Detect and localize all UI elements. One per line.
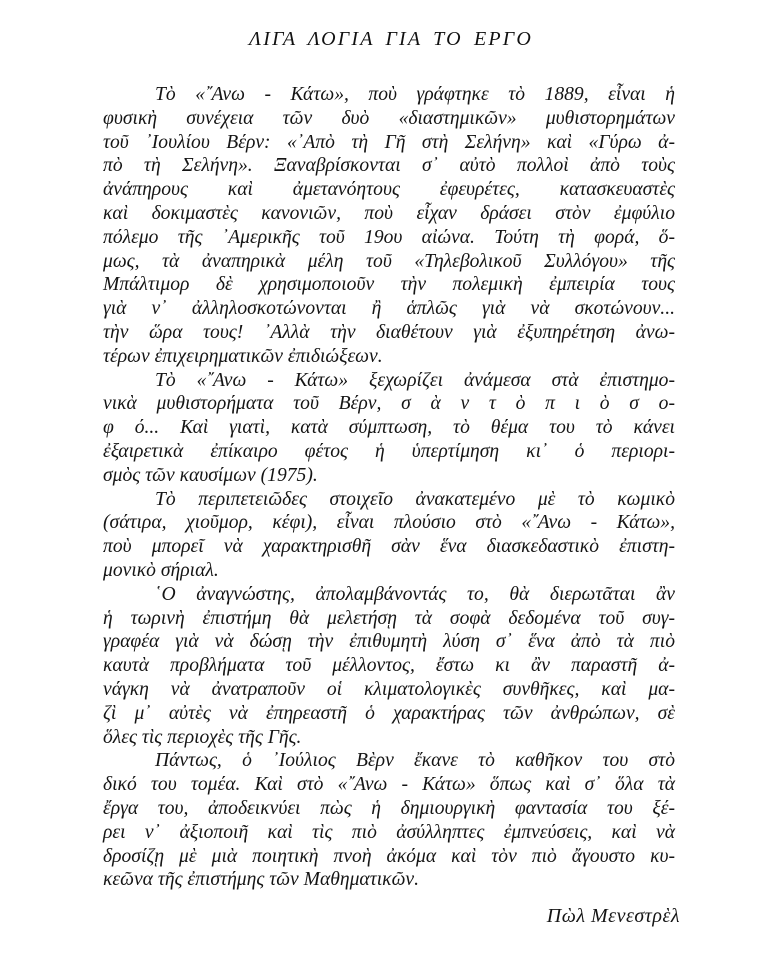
text-line: γιὰ ν᾿ ἀλληλοσκοτώνονται ἢ ἁπλῶς γιὰ νὰ … [103,297,675,321]
body-text: Τὸ «῎Ανω - Κάτω», ποὺ γράφτηκε τὸ 1889, … [103,83,675,892]
text-line: τοῦ ᾿Ιουλίου Βέρν: «᾿Απὸ τὴ Γῆ στὴ Σελήν… [103,131,675,155]
text-line: Τὸ «῎Ανω - Κάτω» ξεχωρίζει ἀνάμεσα στὰ ἐ… [103,369,675,393]
text-line: μονικὸ σήριαλ. [103,559,675,583]
text-line: πόλεμο τῆς ᾿Αμερικῆς τοῦ 19ου αἰώνα. Τού… [103,226,675,250]
text-line: ὅλες τὶς περιοχὲς τῆς Γῆς. [103,726,675,750]
text-line: καυτὰ προβλήματα τοῦ μέλλοντος, ἔστω κι … [103,654,675,678]
text-line: Πάντως, ὁ ᾿Ιούλιος Βὲρν ἔκανε τὸ καθῆκον… [103,749,675,773]
text-line: κεῶνα τῆς ἐπιστήμης τῶν Μαθηματικῶν. [103,868,675,892]
author-signature: Πὼλ Μενεστρὲλ [547,905,680,928]
text-line: μως, τὰ ἀναπηρικὰ μέλη τοῦ «Τηλεβολικοῦ … [103,250,675,274]
text-line: τὴν ὥρα τους! ᾿Αλλὰ τὴν διαθέτουν γιὰ ἐξ… [103,321,675,345]
text-line: τέρων ἐπιχειρηματικῶν ἐπιδιώξεων. [103,345,675,369]
text-line: Τὸ «῎Ανω - Κάτω», ποὺ γράφτηκε τὸ 1889, … [103,83,675,107]
text-line: καὶ δοκιμαστὲς κανονιῶν, ποὺ εἶχαν δράσε… [103,202,675,226]
text-line: δροσίζῃ μὲ μιὰ ποιητικὴ πνοὴ ἀκόμα καὶ τ… [103,845,675,869]
text-line: ἀνάπηρους καὶ ἀμετανόητους ἐφευρέτες, κα… [103,178,675,202]
text-line: δικό του τομέα. Καὶ στὸ «῎Ανω - Κάτω» ὅπ… [103,773,675,797]
text-line: ποὺ μπορεῖ νὰ χαρακτηρισθῆ σὰν ἕνα διασκ… [103,535,675,559]
text-line: Τὸ περιπετειῶδες στοιχεῖο ἀνακατεμένο μὲ… [103,488,675,512]
text-line: νάγκη νὰ ἀνατραποῦν οἱ κλιματολογικὲς συ… [103,678,675,702]
text-line: πὸ τὴ Σελήνη». Ξαναβρίσκονται σ᾿ αὐτὸ πο… [103,154,675,178]
text-line: ἐξαιρετικὰ ἐπίκαιρο φέτος ἡ ὑπερτίμηση κ… [103,440,675,464]
text-line: νικὰ μυθιστορήματα τοῦ Βέρν, σ ὰ ν τ ὸ π… [103,392,675,416]
document-page: ΛΙΓΑ ΛΟΓΙΑ ΓΙΑ ΤΟ ΕΡΓΟ Τὸ «῎Ανω - Κάτω»,… [0,0,782,953]
text-line: Μπάλτιμορ δὲ χρησιμοποιοῦν τὴν πολεμικὴ … [103,273,675,297]
text-line: ἔργα του, ἀποδεικνύει πὼς ἡ δημιουργικὴ … [103,797,675,821]
text-line: ῾Ο ἀναγνώστης, ἀπολαμβάνοντάς το, θὰ διε… [103,583,675,607]
page-title: ΛΙΓΑ ΛΟΓΙΑ ΓΙΑ ΤΟ ΕΡΓΟ [0,28,782,51]
text-line: ἡ τωρινὴ ἐπιστήμη θὰ μελετήσῃ τὰ σοφὰ δε… [103,607,675,631]
text-line: (σάτιρα, χιοῦμορ, κέφι), εἶναι πλούσιο σ… [103,511,675,535]
text-line: σμὸς τῶν καυσίμων (1975). [103,464,675,488]
text-line: ρει ν᾿ ἀξιοποιῆ καὶ τὶς πιὸ ἀσύλληπτες ἐ… [103,821,675,845]
text-line: ζὶ μ᾿ αὐτὲς νὰ ἐπηρεαστῆ ὁ χαρακτήρας τῶ… [103,702,675,726]
text-line: φ ό... Καὶ γιατὶ, κατὰ σύμπτωση, τὸ θέμα… [103,416,675,440]
text-line: φυσικὴ συνέχεια τῶν δυὸ «διαστημικῶν» μυ… [103,107,675,131]
text-line: γραφέα γιὰ νὰ δώσῃ τὴν ἐπιθυμητὴ λύση σ᾿… [103,630,675,654]
